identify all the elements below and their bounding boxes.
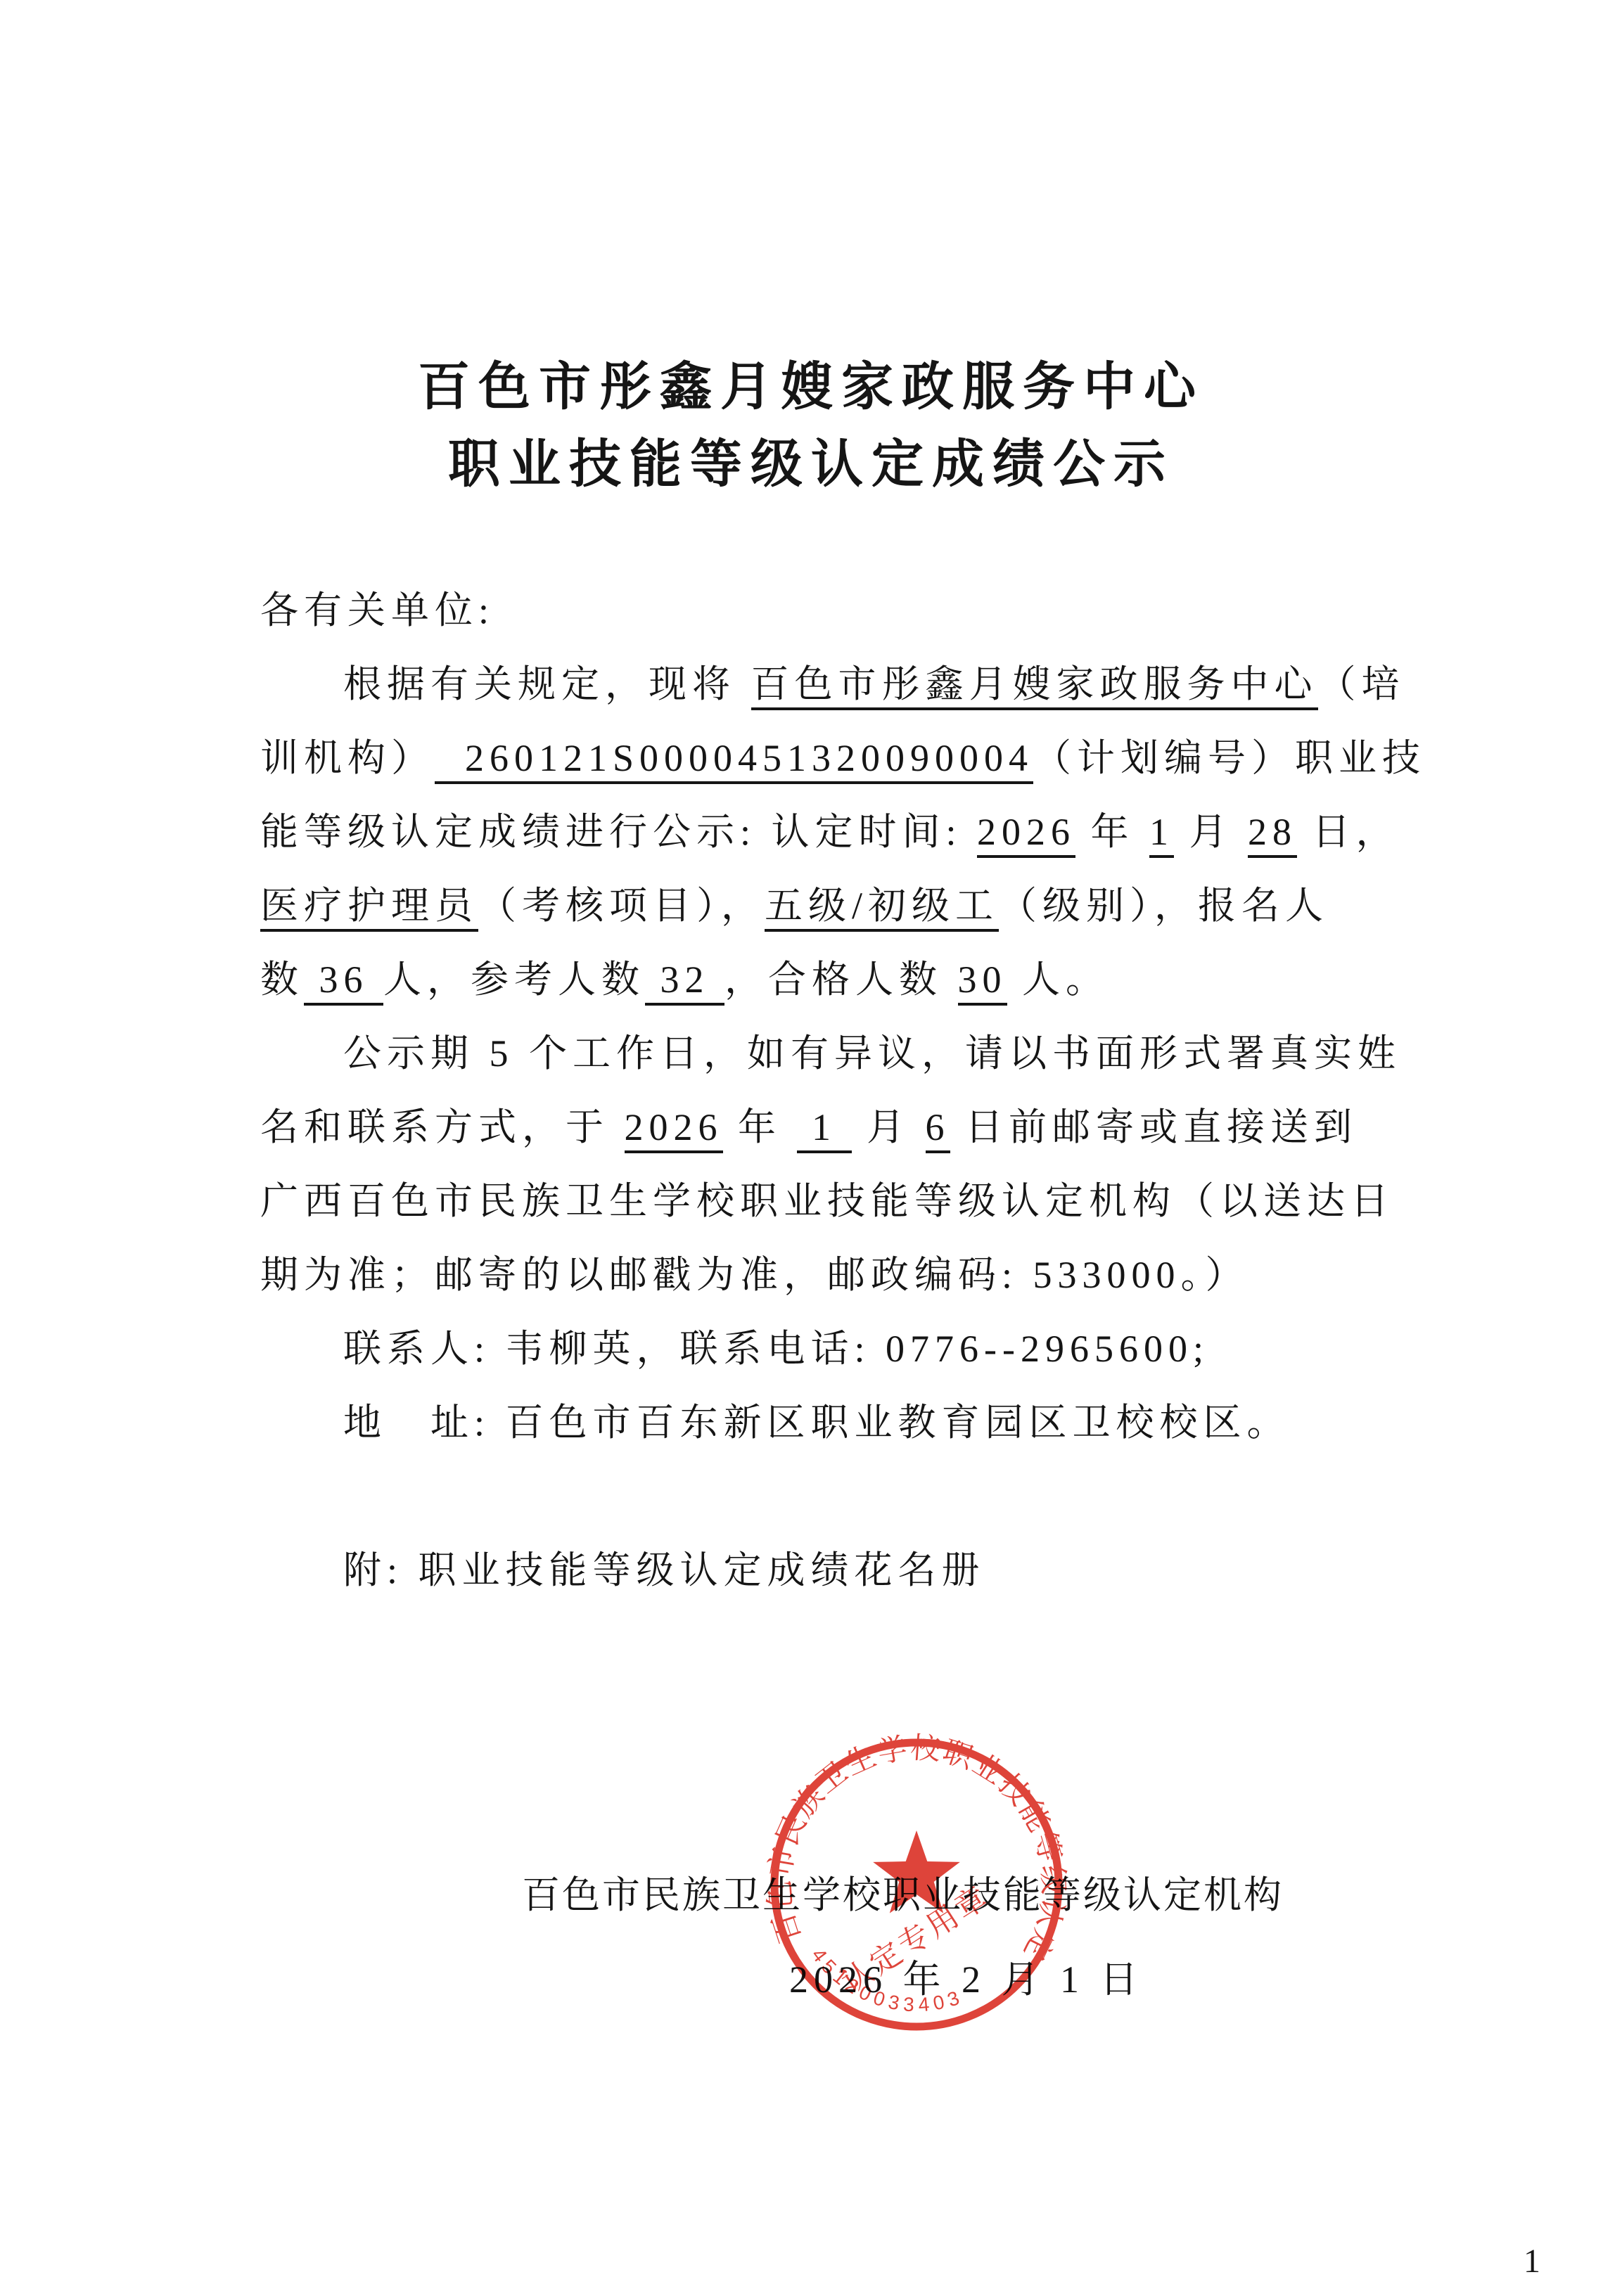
- text-run: 月: [1174, 811, 1248, 853]
- text-run: 训机构）: [260, 737, 435, 779]
- underlined-text: 6: [926, 1106, 950, 1153]
- text-run: 日前邮寄或直接送到: [950, 1106, 1358, 1148]
- text-run: 期为准；邮寄的以邮戳为准，邮政编码: 533000。）: [260, 1254, 1249, 1296]
- text-run: 名和联系方式，于: [260, 1106, 625, 1148]
- text-run: 广西百色市民族卫生学校职业技能等级认定机构（以送达日: [260, 1180, 1394, 1222]
- document-body: 各有关单位:根据有关规定，现将 百色市彤鑫月嫂家政服务中心（培训机构） 2601…: [260, 574, 1375, 1608]
- title-line-2: 职业技能等级认定成绩公示: [0, 426, 1622, 504]
- underlined-text: 28: [1248, 811, 1297, 858]
- text-run: 数: [260, 958, 304, 1001]
- body-line: [260, 1460, 1375, 1534]
- underlined-text: 百色市彤鑫月嫂家政服务中心: [751, 663, 1318, 710]
- body-line: 地 址: 百色市百东新区职业教育园区卫校校区。: [260, 1386, 1375, 1460]
- body-line: 名和联系方式，于 2026 年 1 月 6 日前邮寄或直接送到: [260, 1091, 1375, 1165]
- underlined-text: 260121S0000451320090004: [435, 737, 1033, 784]
- body-line: 能等级认定成绩进行公示: 认定时间: 2026 年 1 月 28 日，: [260, 795, 1375, 869]
- text-run: 附: 职业技能等级认定成绩花名册: [343, 1549, 985, 1591]
- text-run: 能等级认定成绩进行公示: 认定时间:: [260, 811, 977, 853]
- official-seal: 百色市民族卫生学校职业技能等级认定 认定专用章 45120033403: [755, 1723, 1078, 2046]
- underlined-text: 30: [958, 958, 1007, 1006]
- title-line-1: 百色市彤鑫月嫂家政服务中心: [0, 349, 1622, 426]
- underlined-text: 1: [797, 1106, 852, 1153]
- underlined-text: 医疗护理员: [260, 885, 478, 932]
- underlined-text: 2026: [977, 811, 1075, 858]
- text-run: （考核项目），: [478, 885, 765, 927]
- body-line: 各有关单位:: [260, 574, 1375, 648]
- underlined-text: 五级/初级工: [765, 885, 999, 932]
- underlined-text: 2026: [625, 1106, 723, 1153]
- body-line: 附: 职业技能等级认定成绩花名册: [260, 1534, 1375, 1608]
- text-run: 月: [852, 1106, 926, 1148]
- text-run: 公示期 5 个工作日，如有异议，请以书面形式署真实姓: [343, 1032, 1401, 1075]
- body-line: 广西百色市民族卫生学校职业技能等级认定机构（以送达日: [260, 1165, 1375, 1238]
- text-run: 各有关单位:: [260, 589, 494, 631]
- text-run: ，合格人数: [724, 958, 958, 1001]
- text-run: （计划编号）职业技: [1033, 737, 1426, 779]
- text-run: （级别），报名人: [999, 885, 1329, 927]
- document-title: 百色市彤鑫月嫂家政服务中心 职业技能等级认定成绩公示: [0, 349, 1622, 504]
- text-run: 日，: [1297, 811, 1400, 853]
- body-line: 医疗护理员（考核项目），五级/初级工（级别），报名人: [260, 869, 1375, 943]
- text-run: 年: [723, 1106, 797, 1148]
- body-line: 训机构） 260121S0000451320090004（计划编号）职业技: [260, 721, 1375, 795]
- underlined-text: 36: [304, 958, 383, 1006]
- text-run: 地 址: 百色市百东新区职业教育园区卫校校区。: [343, 1402, 1291, 1444]
- body-line: 数 36 人，参考人数 32 ，合格人数 30 人。: [260, 943, 1375, 1017]
- body-line: 期为准；邮寄的以邮戳为准，邮政编码: 533000。）: [260, 1238, 1375, 1312]
- page-number: 1: [1524, 2242, 1540, 2281]
- underlined-text: 32: [645, 958, 724, 1006]
- body-line: 联系人: 韦柳英，联系电话: 0776--2965600;: [260, 1312, 1375, 1386]
- text-run: （培: [1318, 663, 1405, 705]
- text-run: 人。: [1007, 958, 1110, 1001]
- text-run: 年: [1075, 811, 1149, 853]
- text-run: 人，参考人数: [383, 958, 645, 1001]
- text-run: 根据有关规定，现将: [343, 663, 751, 705]
- body-line: 根据有关规定，现将 百色市彤鑫月嫂家政服务中心（培: [260, 648, 1375, 721]
- document-page: 百色市彤鑫月嫂家政服务中心 职业技能等级认定成绩公示 各有关单位:根据有关规定，…: [0, 0, 1622, 2296]
- text-run: 联系人: 韦柳英，联系电话: 0776--2965600;: [343, 1328, 1209, 1370]
- underlined-text: 1: [1149, 811, 1174, 858]
- body-line: 公示期 5 个工作日，如有异议，请以书面形式署真实姓: [260, 1017, 1375, 1091]
